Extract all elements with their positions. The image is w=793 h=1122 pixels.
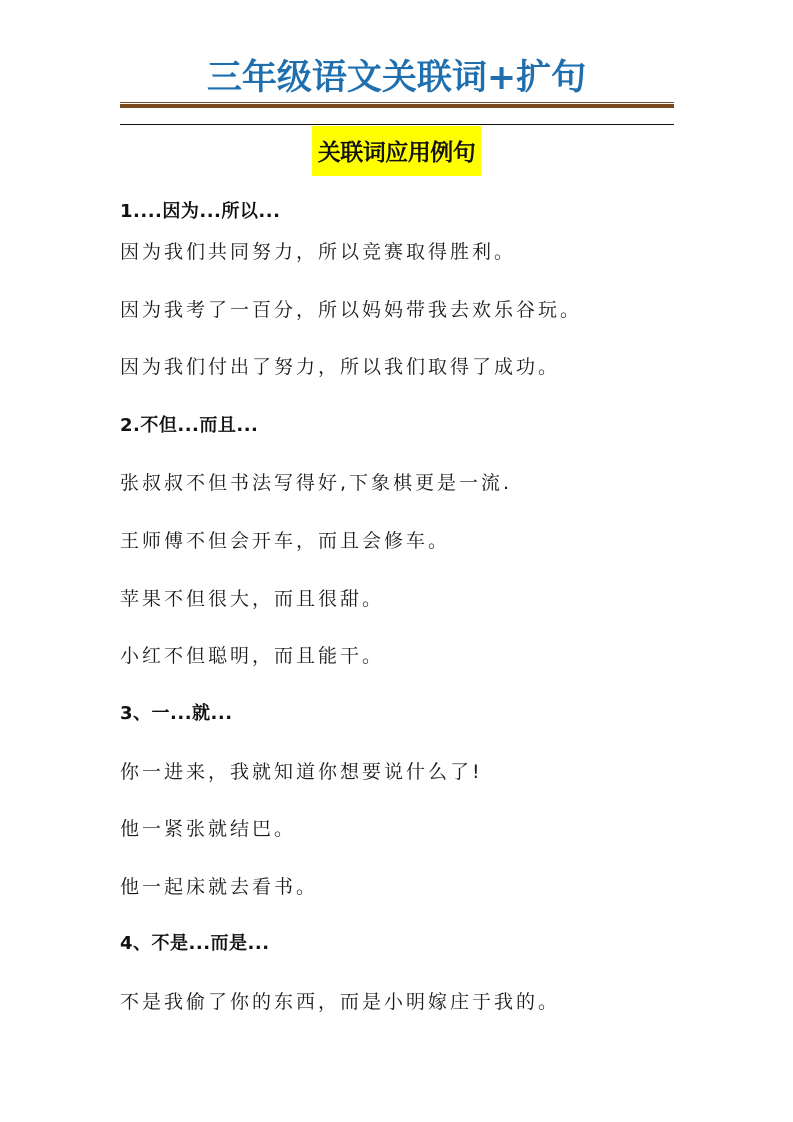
example-sentence: 因为我考了一百分，所以妈妈带我去欢乐谷玩。 [120,298,582,322]
group-heading: 1....因为...所以... [120,200,280,224]
section-title-wrapper: 关联词应用例句 [0,126,793,176]
section-title: 关联词应用例句 [312,126,482,176]
example-sentence: 因为我们共同努力，所以竞赛取得胜利。 [120,240,516,264]
title-rule-thick [120,104,674,108]
example-sentence: 因为我们付出了努力，所以我们取得了成功。 [120,355,560,379]
example-sentence: 他一紧张就结巴。 [120,817,296,841]
example-sentence: 张叔叔不但书法写得好,下象棋更是一流. [120,471,512,495]
example-sentence: 苹果不但很大，而且很甜。 [120,587,384,611]
example-sentence: 你一进来，我就知道你想要说什么了! [120,760,483,784]
example-sentence: 小红不但聪明，而且能干。 [120,644,384,668]
title-rule-thin [120,102,674,103]
page-title: 三年级语文关联词+扩句 [0,56,793,100]
group-heading: 3、一...就... [120,702,233,726]
example-sentence: 王师傅不但会开车，而且会修车。 [120,529,450,553]
group-heading: 4、不是...而是... [120,932,270,956]
title-rule-bottom [120,124,674,125]
group-heading: 2.不但...而且... [120,414,258,438]
example-sentence: 他一起床就去看书。 [120,875,318,899]
example-sentence: 不是我偷了你的东西，而是小明嫁庄于我的。 [120,990,560,1014]
